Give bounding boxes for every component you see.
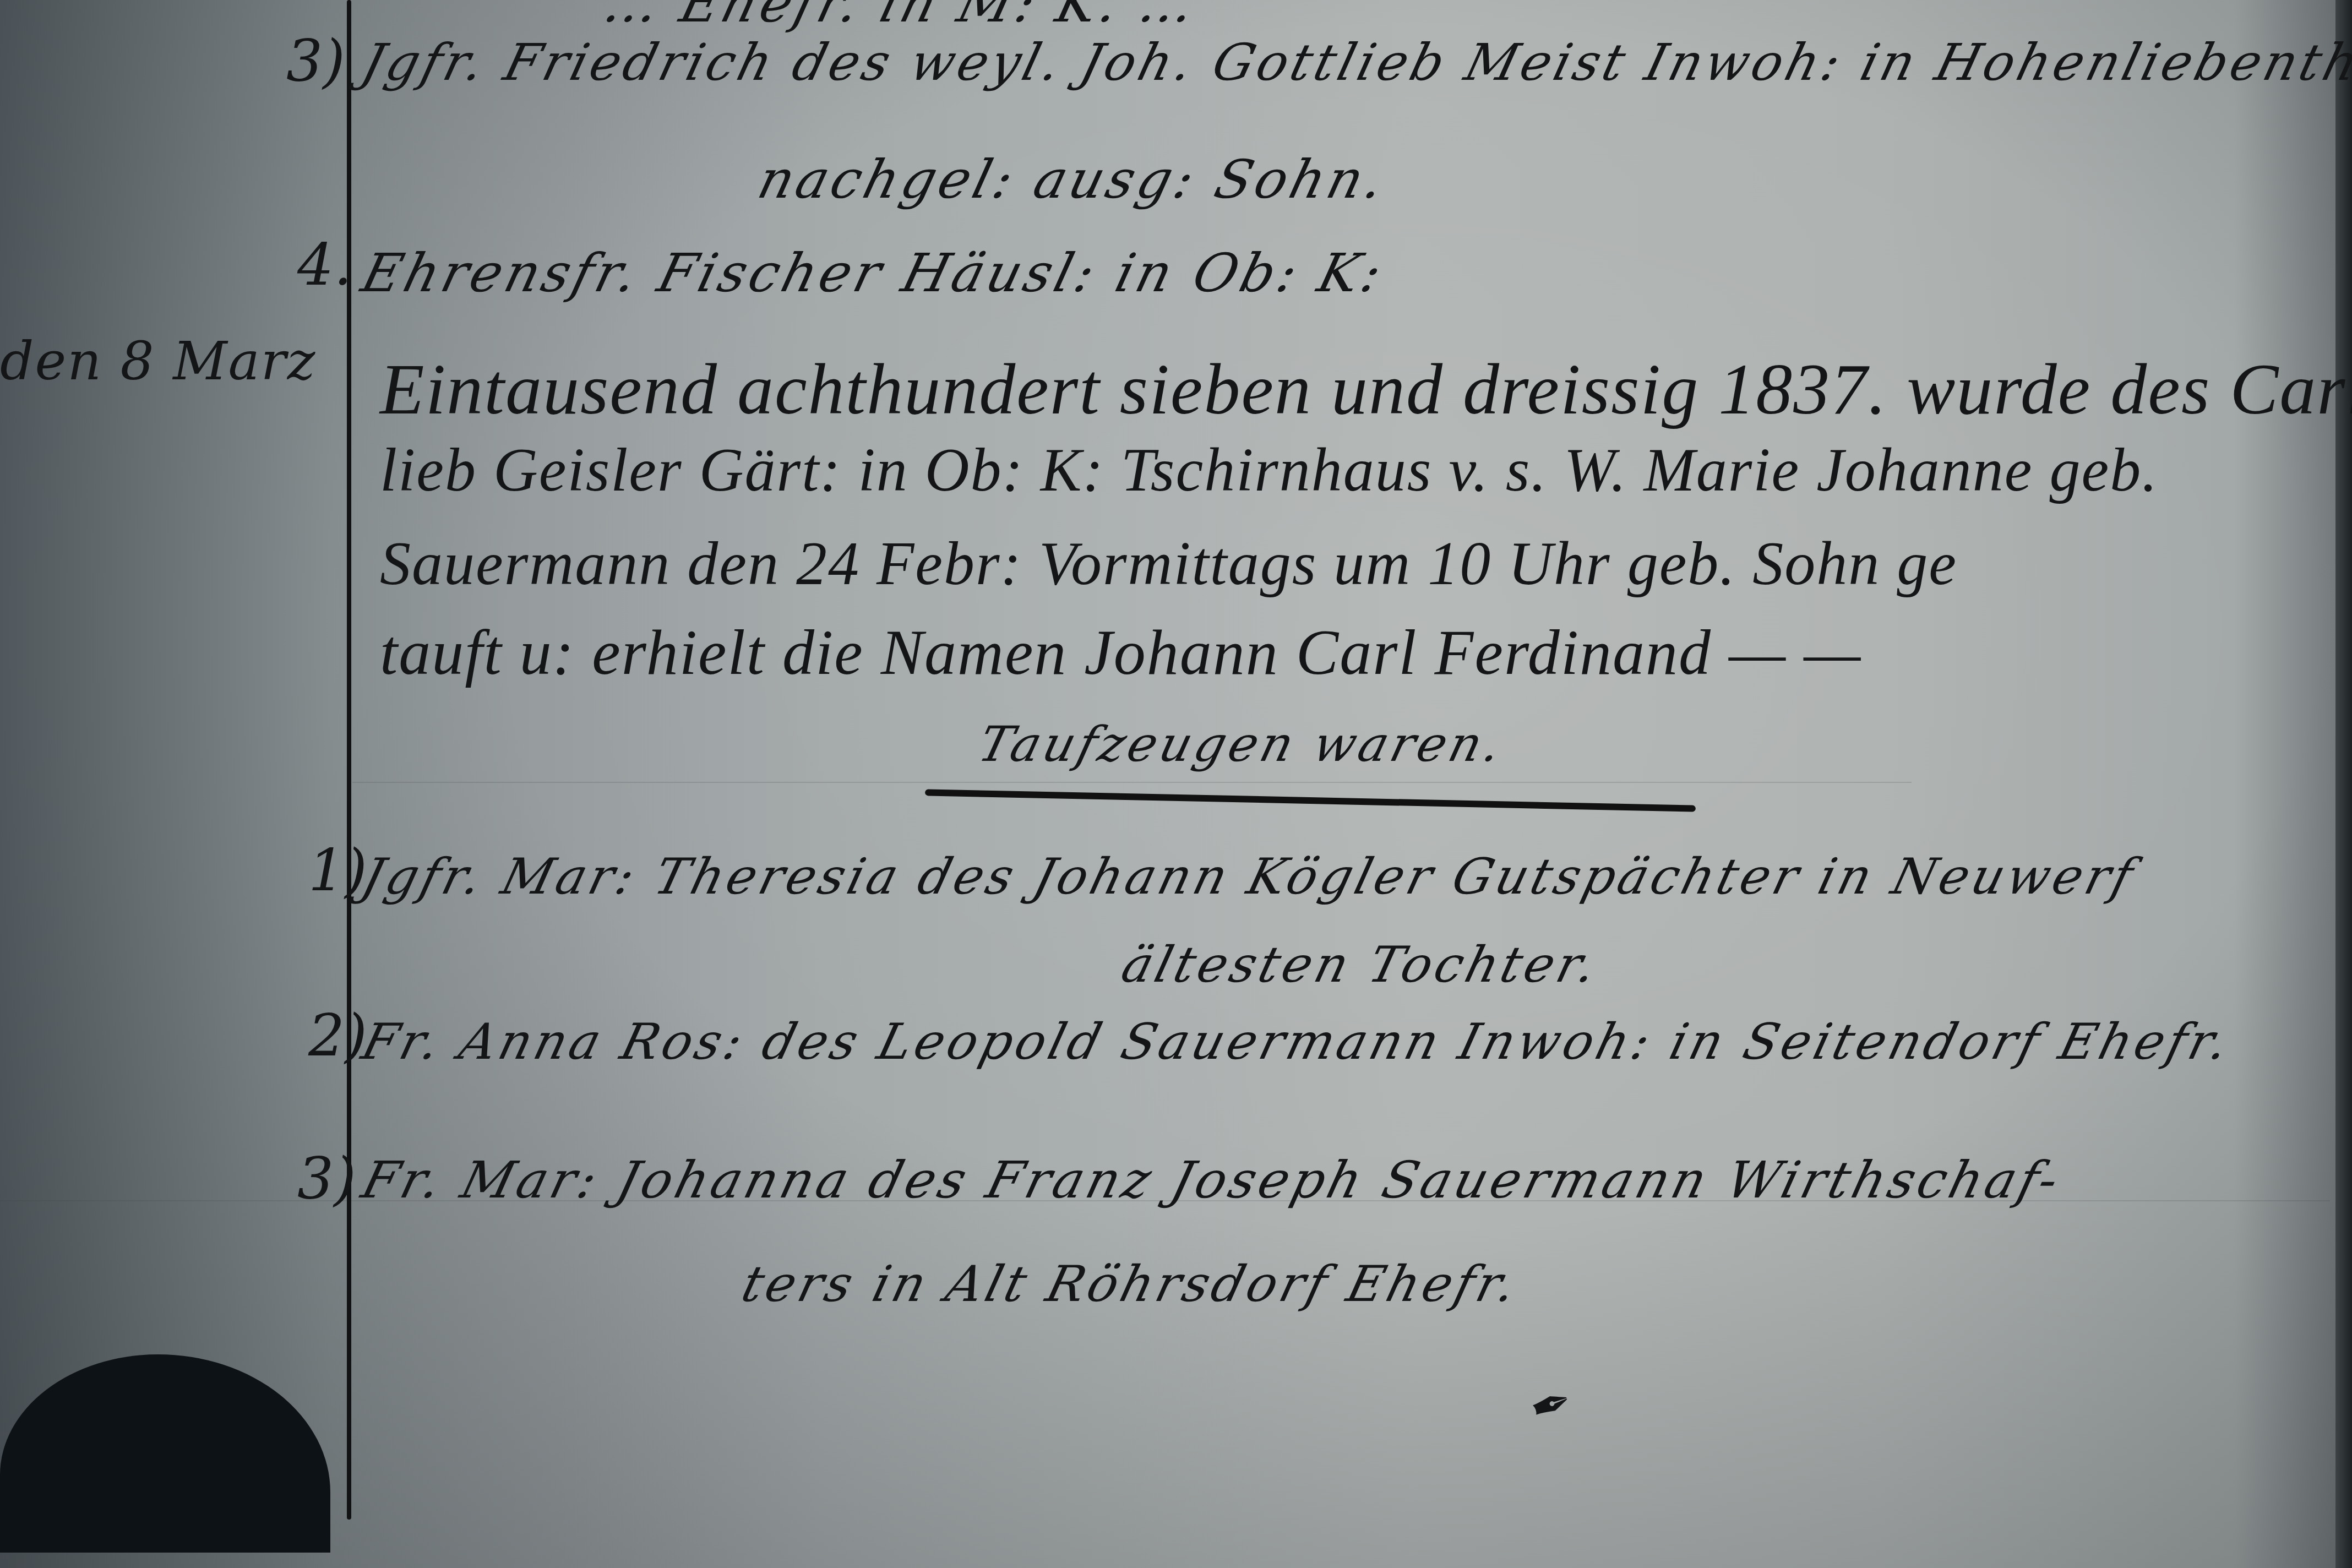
entry-line-4: tauft u: erhielt die Namen Johann Carl F…: [380, 617, 1861, 690]
page-edge-shadow: [2335, 0, 2352, 1568]
godparent-number: 2): [308, 1002, 367, 1069]
previous-entry-fragment: … Ehefr. in M: K. …: [598, 0, 1205, 34]
godparent-line: Fr. Mar: Johanna des Franz Joseph Sauerm…: [356, 1151, 2068, 1210]
godparents-heading: Taufzeugen waren.: [973, 716, 1510, 772]
finger-shadow: [0, 1354, 330, 1553]
godparent-number: 1): [308, 837, 367, 904]
godparent-number: 3): [297, 1145, 356, 1212]
sponsor-line: Ehrensfr. Fischer Häusl: in Ob: K:: [356, 242, 1391, 304]
entry-line-3: Sauermann den 24 Febr: Vormittags um 10 …: [380, 529, 1957, 600]
sponsor-number: 4.: [297, 231, 352, 298]
ruled-line: [352, 782, 1912, 783]
godparent-line: Fr. Anna Ros: des Leopold Sauermann Inwo…: [356, 1013, 2237, 1071]
entry-line-2: lieb Geisler Gärt: in Ob: K: Tschirnhaus…: [380, 435, 2158, 506]
godparent-line-continuation: ältesten Tochter.: [1116, 936, 1605, 994]
godparent-line: Jgfr. Mar: Theresia des Johann Kögler Gu…: [356, 848, 2142, 906]
sponsor-line: Jgfr. Friedrich des weyl. Joh. Gottlieb …: [356, 33, 2352, 92]
entry-line-1: Eintausend achthundert sieben und dreiss…: [380, 347, 2352, 431]
sponsor-number: 3): [286, 28, 345, 95]
sponsor-line-continuation: nachgel: ausg: Sohn.: [752, 149, 1393, 210]
margin-date: den 8 Marz: [0, 330, 316, 392]
heading-underline: [925, 789, 1696, 812]
godparent-line-continuation: ters in Alt Röhrsdorf Ehefr.: [736, 1255, 1525, 1313]
margin-rule: [347, 0, 351, 1520]
ink-flourish: ✒: [1522, 1371, 1581, 1439]
photo-vignette: [0, 0, 2352, 1568]
